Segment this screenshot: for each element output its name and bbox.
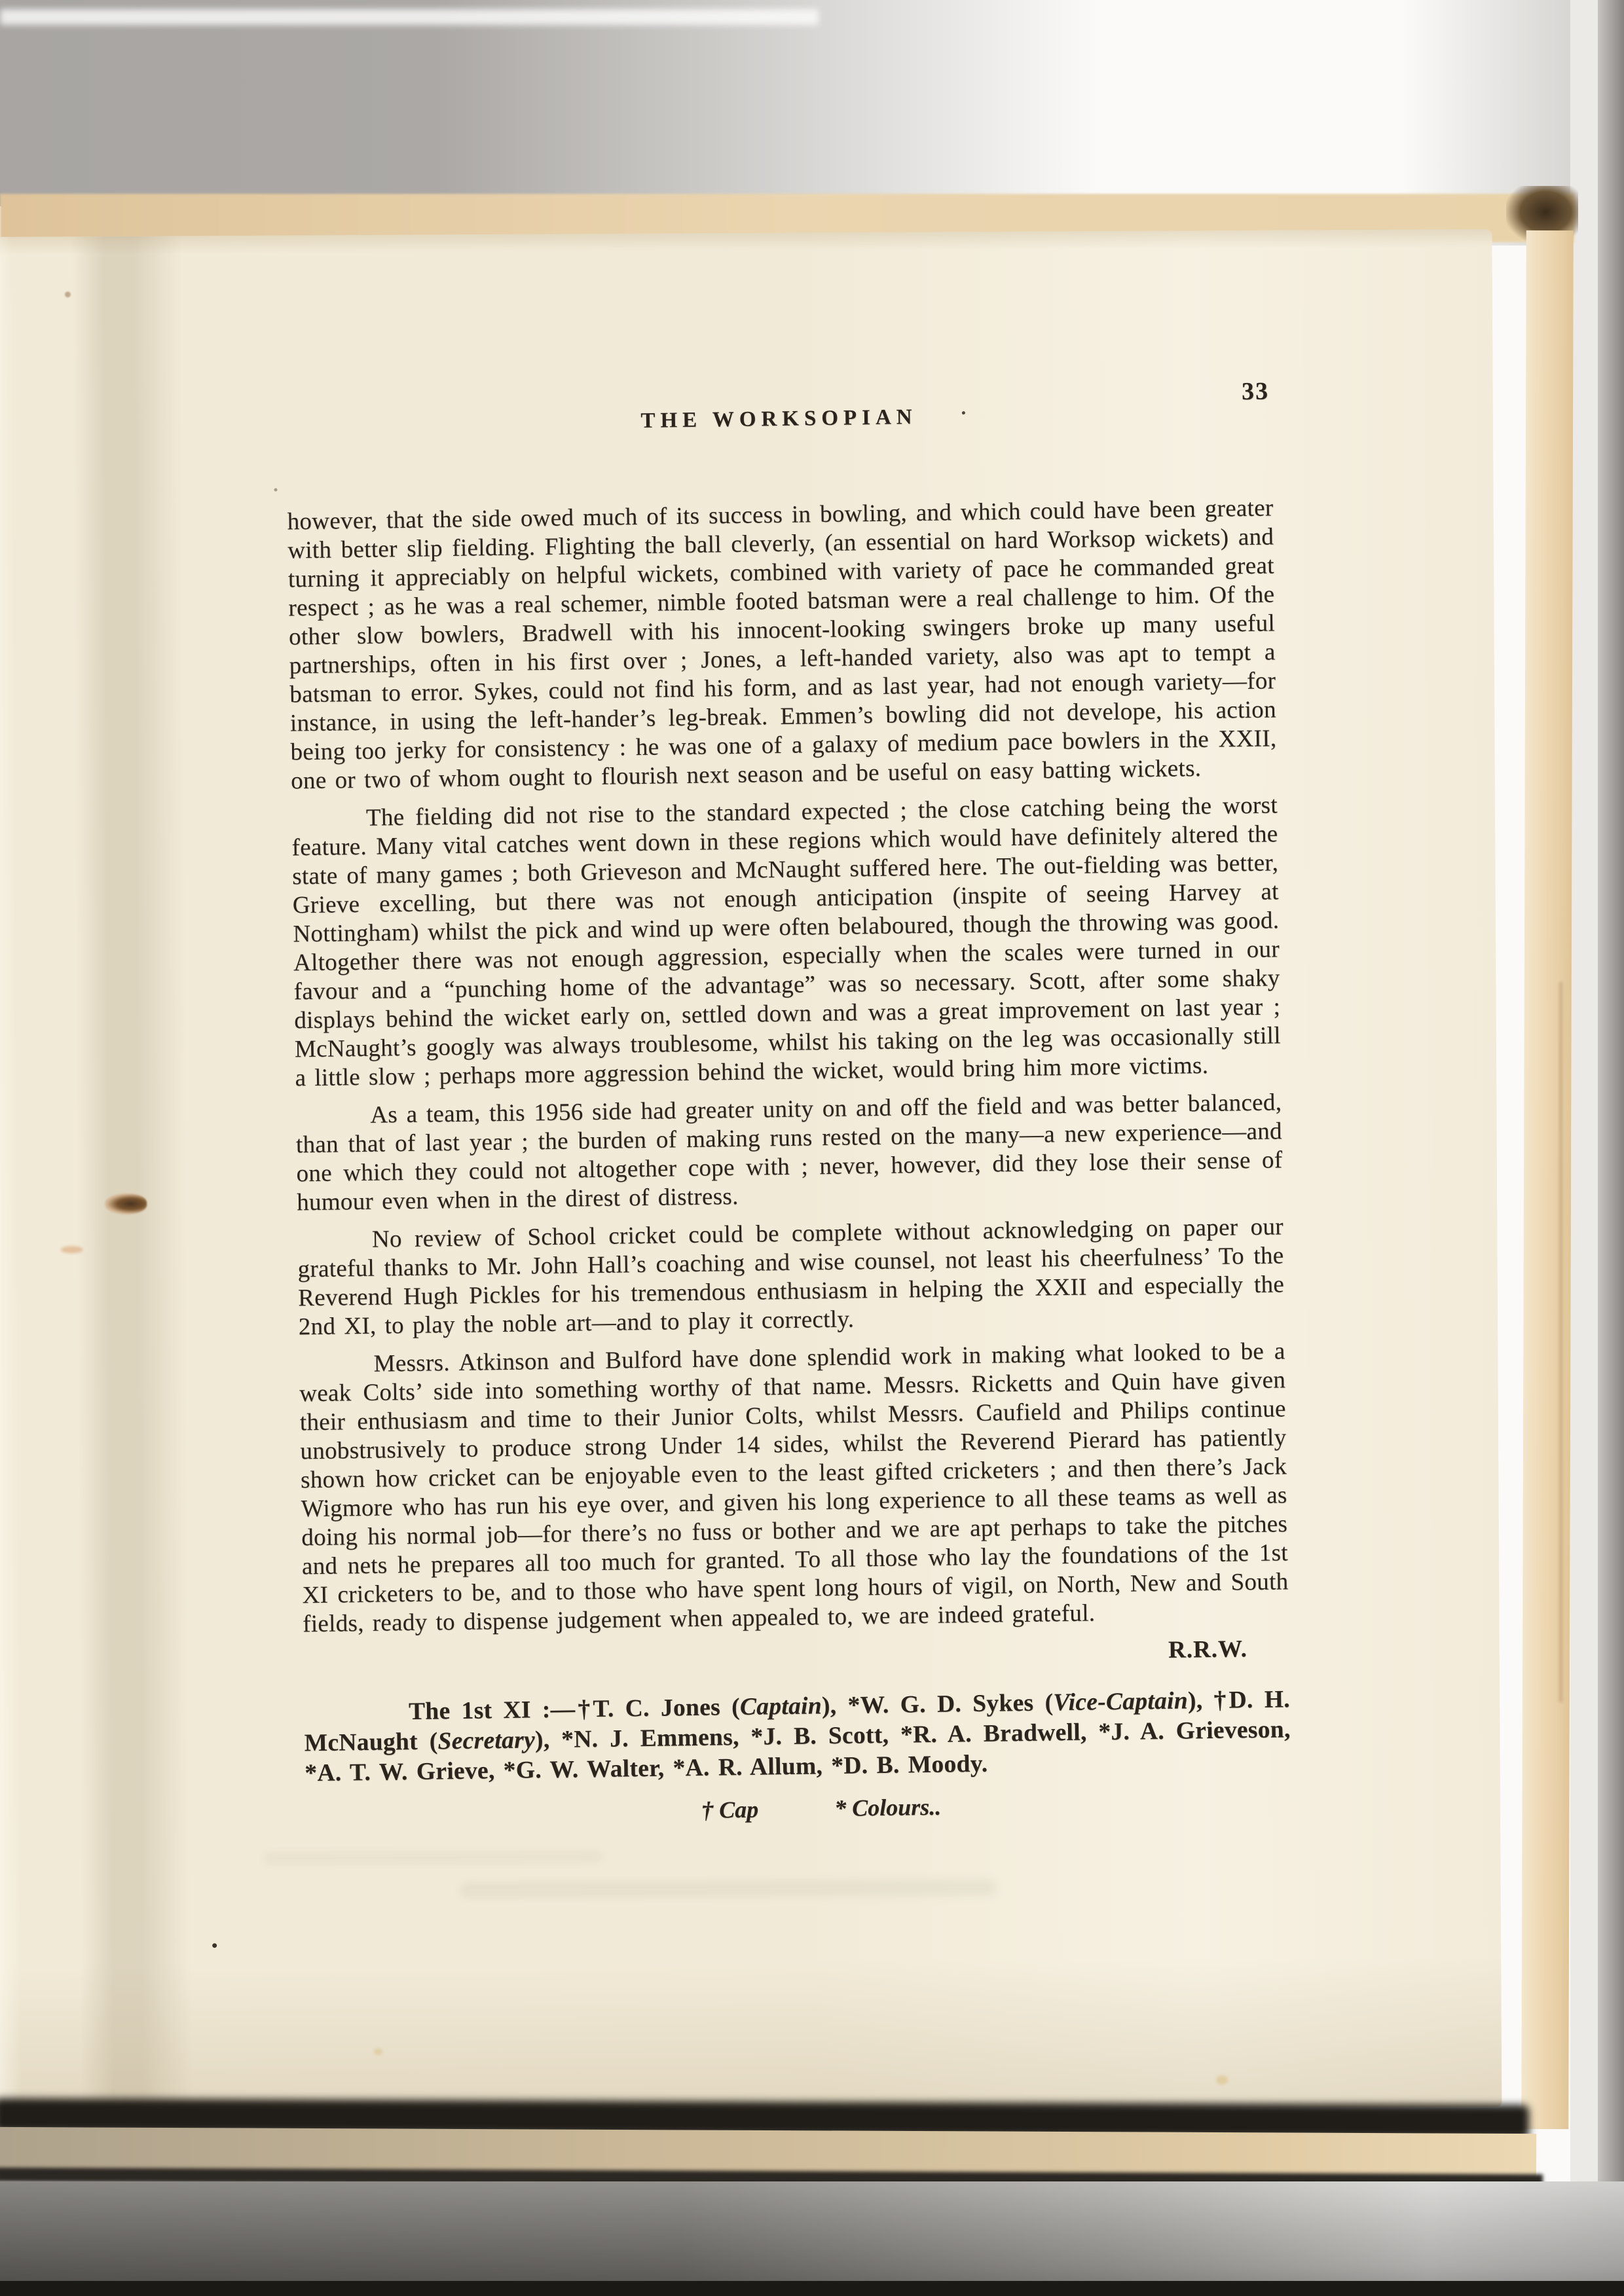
body-paragraph-2: The fielding did not rise to the standar… (291, 791, 1282, 1093)
book-cover-right-edge-line (1559, 982, 1562, 1702)
foxing-spot (274, 488, 278, 492)
team-names-2: ), *W. G. D. Sykes ( (822, 1689, 1054, 1719)
foxing-blotch (105, 1194, 147, 1214)
team-list-paragraph: The 1st XI :—†T. C. Jones (Captain), *W.… (304, 1685, 1291, 1789)
book-cover-right-edge (1521, 230, 1574, 2129)
scanner-background-top (0, 0, 1146, 206)
body-paragraph-4: No review of School cricket could be com… (297, 1212, 1285, 1341)
body-paragraph-3: As a team, this 1956 side had greater un… (295, 1088, 1283, 1217)
page-content: THE WORKSOPIAN 33 however, that the side… (286, 386, 1291, 1829)
foxing-stain (374, 2049, 382, 2055)
scan-surface: THE WORKSOPIAN 33 however, that the side… (0, 0, 1624, 2296)
body-paragraph-5: Messrs. Atkinson and Bulford have done s… (299, 1337, 1289, 1639)
scanner-background-bottom-shade (0, 2181, 1624, 2296)
ink-bleedthrough (460, 1879, 997, 1899)
journal-title: THE WORKSOPIAN (286, 400, 1272, 438)
secretary-title: Secretary (437, 1726, 535, 1755)
team-list-lead: The 1st XI :— (409, 1696, 576, 1726)
signature-initials: R.R.W. (303, 1634, 1289, 1676)
page-number: 33 (1242, 377, 1270, 407)
scan-bottom-edge (0, 2281, 1624, 2296)
body-paragraph-1: however, that the side owed much of its … (287, 494, 1277, 795)
footnote-gap (758, 1816, 834, 1817)
team-names-1: †T. C. Jones ( (575, 1694, 740, 1723)
foxing-spot (65, 291, 71, 297)
scanner-streak (0, 9, 819, 25)
foxing-stain (1216, 2075, 1228, 2085)
cap-legend: † Cap (701, 1796, 759, 1823)
vice-captain-title: Vice-Captain (1053, 1687, 1188, 1716)
scanner-edge-shadow-right (1598, 0, 1624, 2296)
foxing-spot (212, 1943, 217, 1948)
colours-legend: * Colours.. (834, 1794, 942, 1821)
captain-title: Captain (740, 1692, 822, 1721)
ink-bleedthrough (263, 1850, 603, 1866)
article-body: however, that the side owed much of its … (287, 494, 1291, 1829)
scanner-background-right (1570, 0, 1598, 2296)
foxing-smudge (61, 1246, 83, 1253)
